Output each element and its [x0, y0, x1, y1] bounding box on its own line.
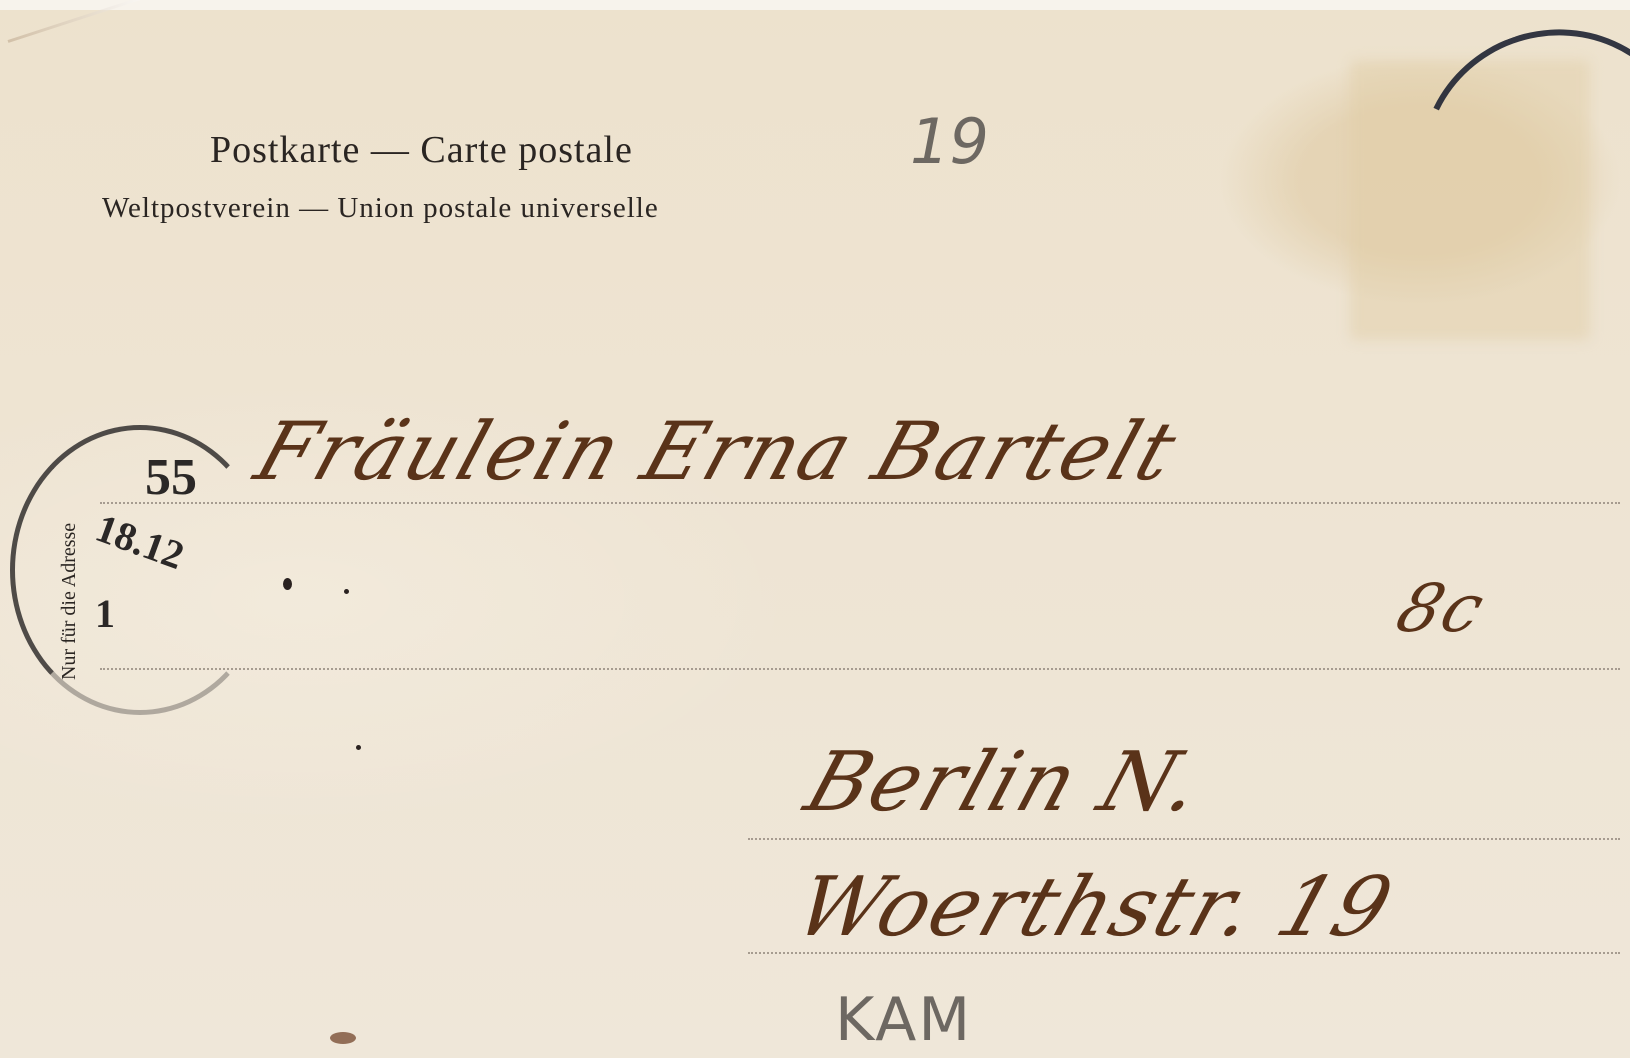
postmark-circle-left [10, 425, 270, 715]
ink-dot [344, 589, 349, 594]
postmark-time: 1 [95, 590, 115, 637]
postcard-title: Postkarte — Carte postale [210, 128, 633, 172]
address-line-3 [748, 838, 1620, 840]
pencil-initials-bottom: KAM [835, 985, 972, 1055]
address-city: Berlin N. [795, 735, 1216, 830]
postcard-subtitle: Weltpostverein — Union postale universel… [102, 192, 659, 225]
ink-dot [283, 578, 292, 590]
postcard: Postkarte — Carte postale Weltpostverein… [0, 0, 1630, 1058]
pencil-number-top: 19 [910, 105, 989, 178]
address-unit: 8c [1387, 570, 1495, 647]
address-line-1 [100, 502, 1620, 504]
ink-dot [356, 745, 361, 750]
postmark-number: 55 [145, 448, 197, 507]
address-street: Woerthstr. 19 [785, 860, 1405, 955]
recipient-name: Fräulein Erna Bartelt [245, 405, 1189, 498]
ink-stain [330, 1032, 356, 1044]
address-line-2 [100, 668, 1620, 670]
card-top-edge [0, 0, 1630, 10]
